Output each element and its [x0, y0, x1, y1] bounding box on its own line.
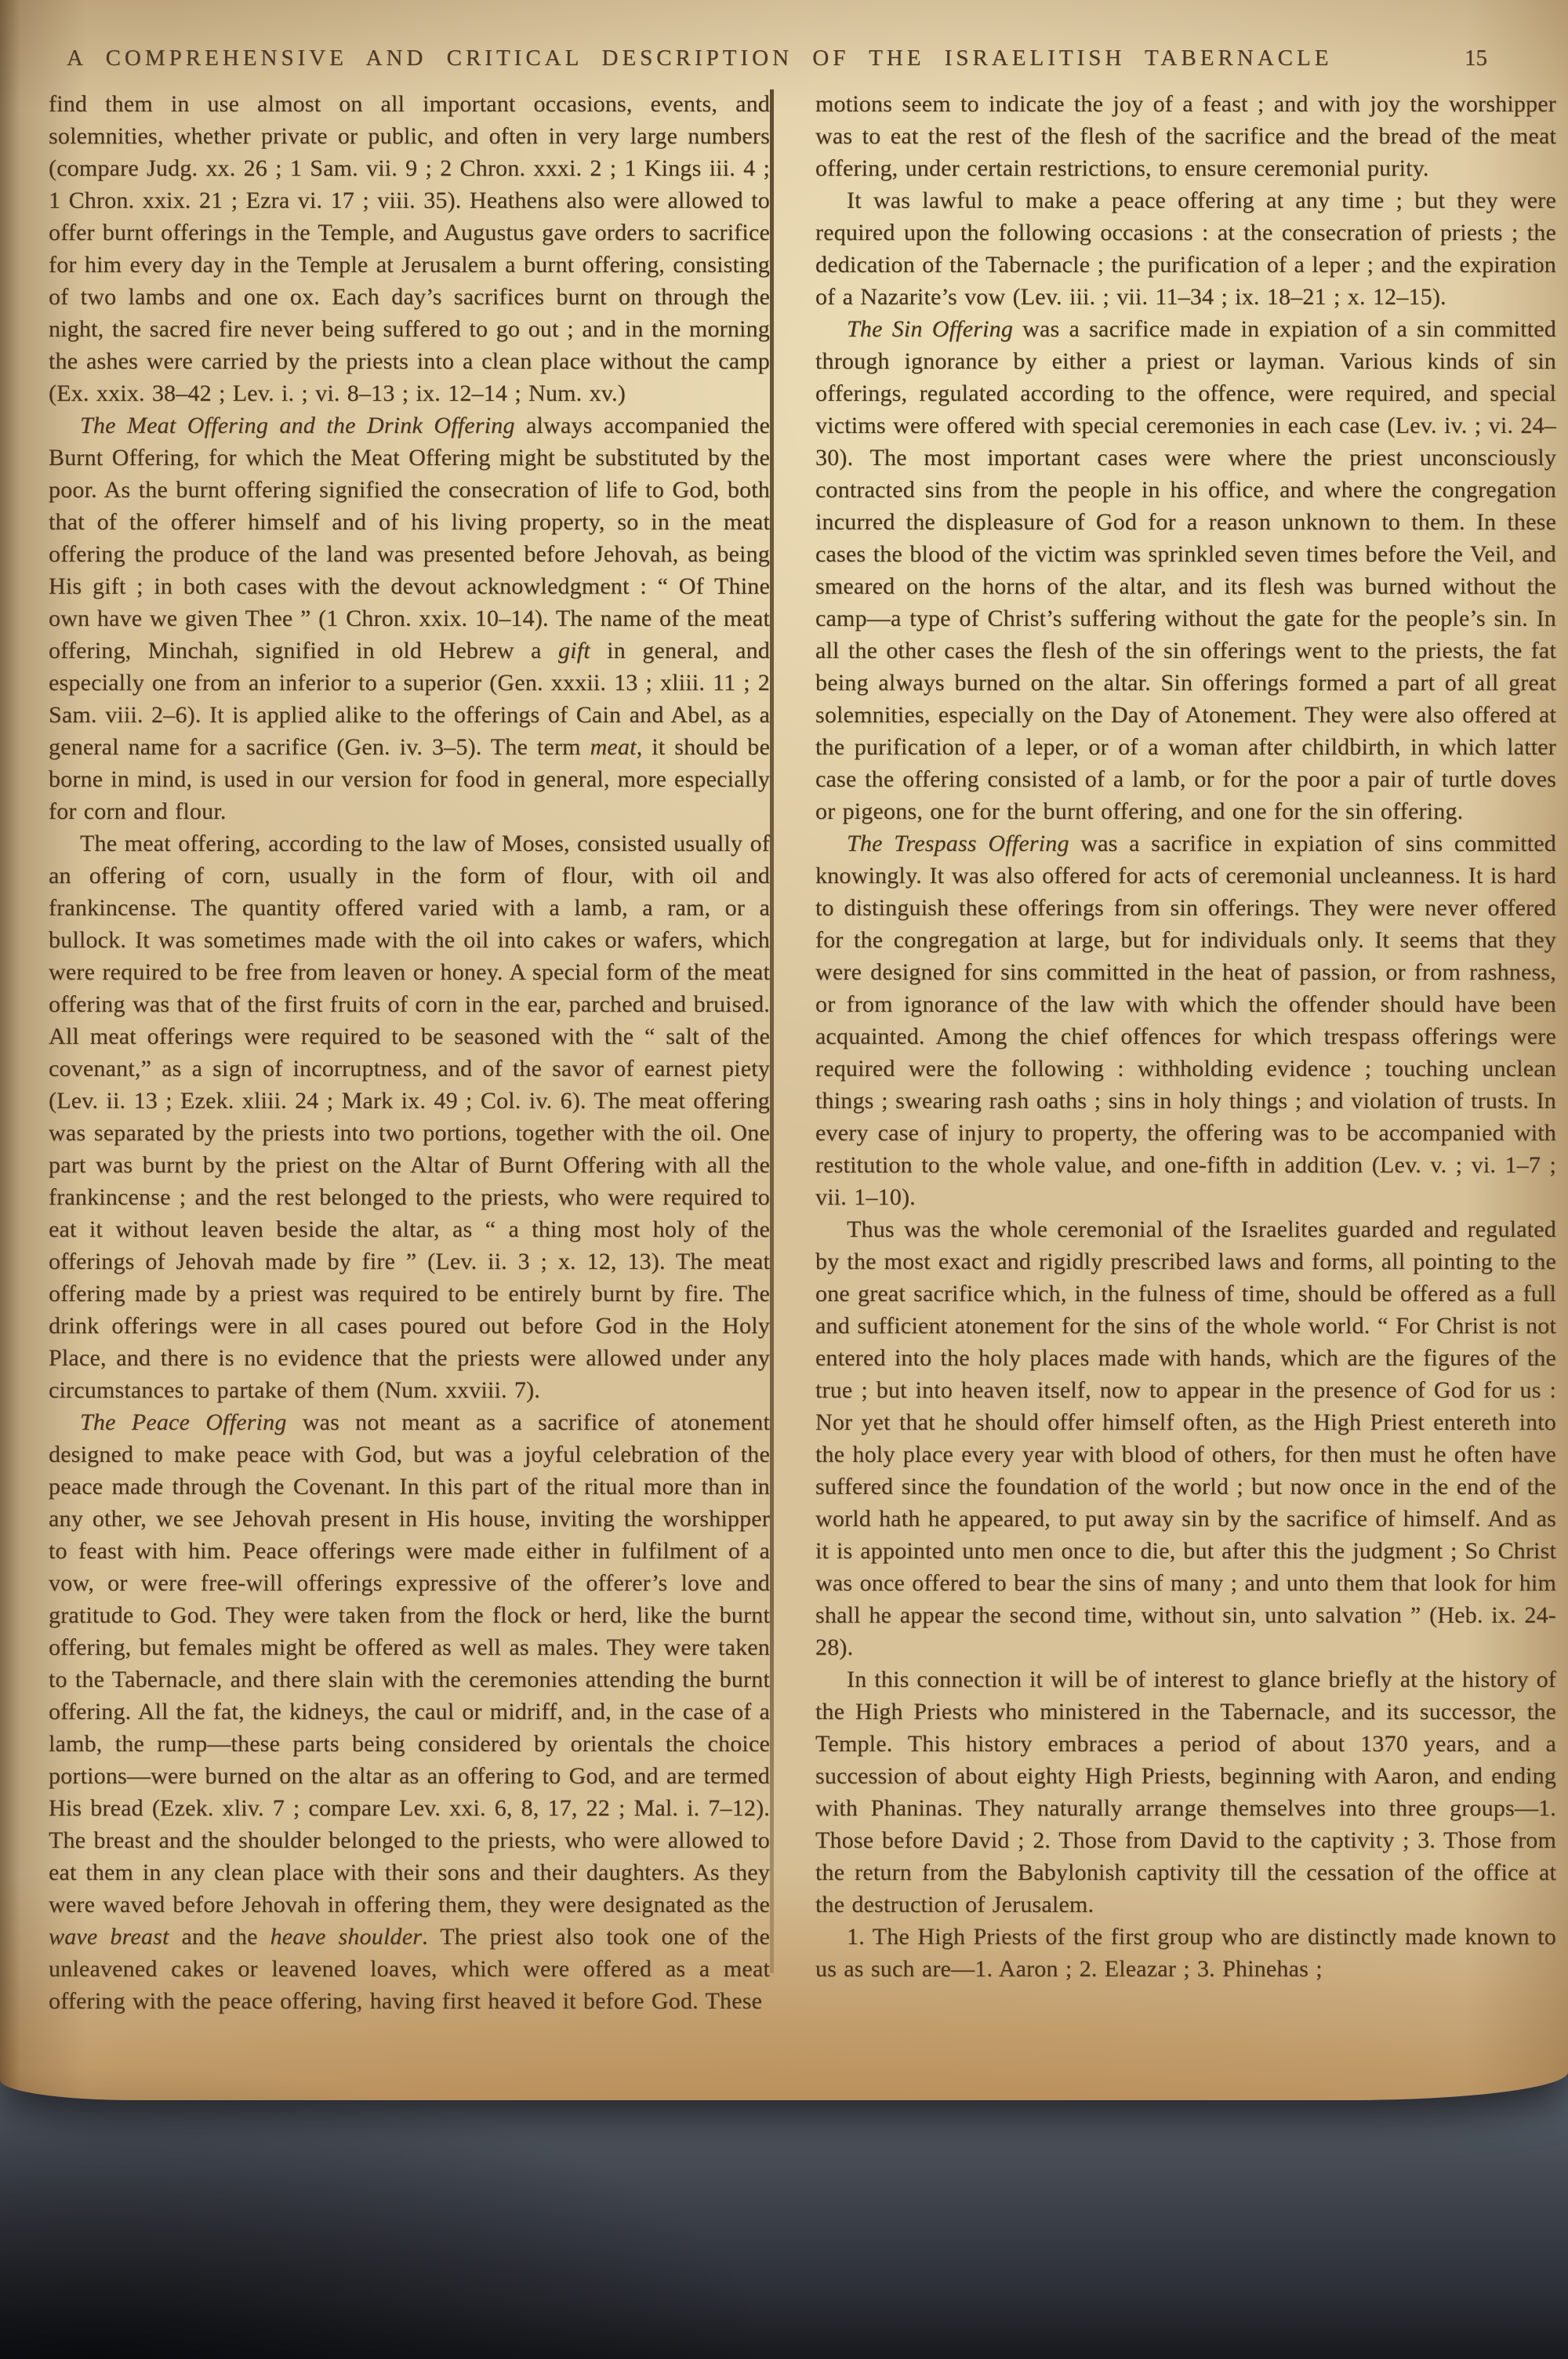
- paragraph: 1. The High Priests of the first group w…: [815, 1921, 1556, 1985]
- text-run: find them in use almost on all important…: [49, 91, 770, 406]
- italic-text-run: gift: [558, 638, 590, 663]
- text-run: was a sacrifice made in expiation of a s…: [815, 316, 1556, 824]
- italic-text-run: meat: [590, 734, 637, 760]
- text-run: was not meant as a sacrifice of atonemen…: [49, 1409, 770, 1917]
- page-title: A COMPREHENSIVE AND CRITICAL DESCRIPTION…: [67, 45, 1227, 71]
- text-run: It was lawful to make a peace offering a…: [815, 187, 1556, 310]
- column-divider-rule: [770, 89, 774, 1973]
- paragraph: The Trespass Offering was a sacrifice in…: [815, 827, 1556, 1213]
- paragraph: The Sin Offering was a sacrifice made in…: [815, 313, 1556, 827]
- italic-text-run: The Meat Offering and the Drink Offering: [80, 413, 515, 438]
- page-number: 15: [1465, 45, 1487, 71]
- text-run: 1. The High Priests of the first group w…: [815, 1924, 1556, 1982]
- paragraph: The Peace Offering was not meant as a sa…: [49, 1406, 770, 2017]
- italic-text-run: The Trespass Offering: [847, 831, 1069, 856]
- left-column: find them in use almost on all important…: [49, 88, 770, 2017]
- italic-text-run: wave breast: [49, 1924, 169, 1950]
- book-page: A COMPREHENSIVE AND CRITICAL DESCRIPTION…: [0, 0, 1568, 2100]
- text-run: The meat offering, according to the law …: [49, 831, 770, 1403]
- paragraph: The meat offering, according to the law …: [49, 827, 770, 1406]
- paragraph: In this connection it will be of interes…: [815, 1663, 1556, 1921]
- paragraph: The Meat Offering and the Drink Offering…: [49, 409, 770, 827]
- text-run: always accompanied the Burnt Offering, f…: [49, 413, 770, 663]
- right-column: motions seem to indicate the joy of a fe…: [815, 88, 1556, 1985]
- paragraph: motions seem to indicate the joy of a fe…: [815, 88, 1556, 184]
- paragraph: Thus was the whole ceremonial of the Isr…: [815, 1213, 1556, 1663]
- paragraph: find them in use almost on all important…: [49, 88, 770, 409]
- italic-text-run: heave shoulder: [270, 1924, 423, 1950]
- text-run: Thus was the whole ceremonial of the Isr…: [815, 1216, 1556, 1660]
- text-run: was a sacrifice in expiation of sins com…: [815, 831, 1556, 1210]
- text-run: motions seem to indicate the joy of a fe…: [815, 91, 1556, 181]
- text-run: and the: [169, 1924, 270, 1950]
- paragraph: It was lawful to make a peace offering a…: [815, 184, 1556, 313]
- italic-text-run: The Peace Offering: [80, 1409, 287, 1435]
- italic-text-run: The Sin Offering: [847, 316, 1013, 342]
- text-run: In this connection it will be of interes…: [815, 1667, 1556, 1917]
